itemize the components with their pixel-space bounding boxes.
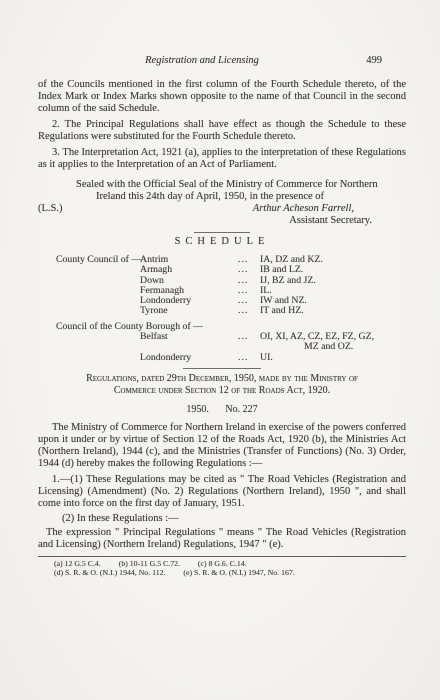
signature-block: (L.S.) Arthur Acheson Farrell, Assistant…: [38, 203, 406, 227]
dot-leader: ...: [238, 332, 260, 353]
page-number: 499: [366, 54, 382, 67]
council-name: Belfast: [140, 332, 238, 353]
footnote: (b) 10-11 G.5 C.72.: [119, 559, 180, 568]
borough-rows: Belfast ... OI, XI, AZ, CZ, EZ, FZ, GZ, …: [140, 332, 406, 363]
preamble: The Ministry of Commerce for Northern Ir…: [38, 422, 406, 470]
signature-name: Arthur Acheson Farrell,: [253, 203, 354, 214]
footnote: (c) 8 G.6. C.14.: [198, 559, 247, 568]
schedule-borough-section: Council of the County Borough of — Belfa…: [38, 322, 406, 363]
schedule-row: Belfast ... OI, XI, AZ, CZ, EZ, FZ, GZ, …: [140, 332, 406, 353]
sealing-clause: Sealed with the Official Seal of the Min…: [76, 179, 408, 203]
regulation-number: No. 227: [225, 404, 257, 415]
council-name: Londonderry: [140, 353, 238, 363]
definition: The expression " Principal Regulations "…: [38, 527, 406, 551]
county-group-label: County Council of —: [56, 255, 141, 265]
schedule-row: Londonderry ... UI.: [140, 353, 406, 363]
regulation-1-2: (2) In these Regulations :—: [38, 513, 406, 525]
index-marks-line2: MZ and OZ.: [304, 342, 406, 352]
regulation-caption: Regulations, dated 29th December, 1950, …: [66, 373, 378, 397]
paragraph-3: 3. The Interpretation Act, 1921 (a), app…: [38, 147, 406, 171]
footnotes: (a) 12 G.5 C.4. (b) 10-11 G.5 C.72. (c) …: [38, 559, 406, 578]
index-marks: OI, XI, AZ, CZ, EZ, FZ, GZ, MZ and OZ.: [260, 332, 406, 353]
running-head-title: Registration and Licensing: [145, 55, 259, 66]
regulation-1: 1.—(1) These Regulations may be cited as…: [38, 474, 406, 510]
index-marks: IT and HZ.: [260, 306, 406, 316]
paragraph-2: 2. The Principal Regulations shall have …: [38, 119, 406, 143]
signature-title: Assistant Secretary.: [253, 215, 372, 227]
footnote-line: (a) 12 G.5 C.4. (b) 10-11 G.5 C.72. (c) …: [54, 559, 406, 569]
schedule-county-section: County Council of — Antrim ... IA, DZ an…: [38, 255, 406, 317]
divider: [194, 232, 250, 233]
footnote-line: (d) S. R. & O. (N.I.) 1944, No. 112. (e)…: [54, 568, 406, 578]
regulation-year: 1950.: [186, 404, 209, 415]
council-name: Tyrone: [140, 306, 238, 316]
signature: Arthur Acheson Farrell, Assistant Secret…: [253, 203, 354, 227]
regulation-number-line: 1950. No. 227: [38, 404, 406, 416]
dot-leader: ...: [238, 306, 260, 316]
dot-leader: ...: [238, 353, 260, 363]
document-page: Registration and Licensing 499 of the Co…: [0, 0, 440, 700]
seal-mark: (L.S.): [38, 203, 63, 227]
running-head: Registration and Licensing 499: [38, 54, 406, 67]
schedule-heading: SCHEDULE: [38, 236, 406, 248]
divider: [183, 368, 261, 369]
footnote: (d) S. R. & O. (N.I.) 1944, No. 112.: [54, 568, 165, 577]
schedule-row: Tyrone ... IT and HZ.: [140, 306, 406, 316]
county-rows: Antrim ... IA, DZ and KZ. Armagh ... IB …: [140, 255, 406, 317]
paragraph-continuation: of the Councils mentioned in the first c…: [38, 79, 406, 115]
footnote: (e) S. R. & O. (N.I.) 1947, No. 167.: [183, 568, 294, 577]
index-marks: UI.: [260, 353, 406, 363]
index-marks: IJ, BZ and JZ.: [260, 276, 406, 286]
footnote: (a) 12 G.5 C.4.: [54, 559, 101, 568]
footnote-divider: [38, 556, 406, 557]
